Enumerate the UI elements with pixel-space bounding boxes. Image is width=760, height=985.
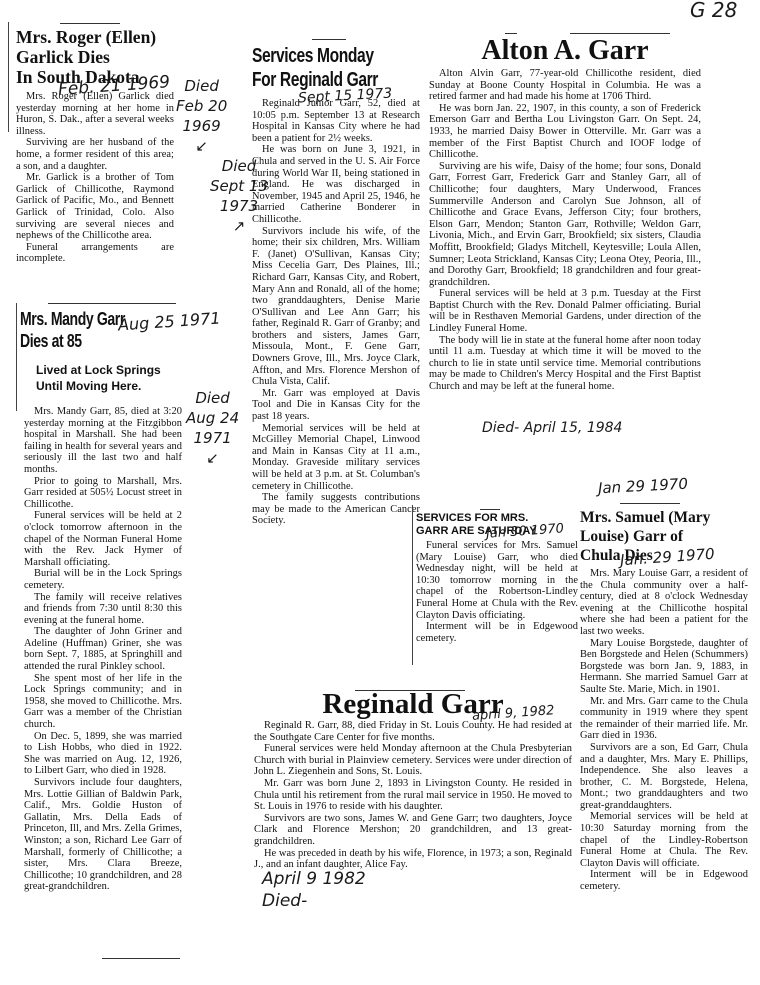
paragraph: Mrs. Mandy Garr, 85, died at 3:20 yester… xyxy=(24,406,182,476)
divider xyxy=(48,303,176,304)
arrow-left-icon: ↙ xyxy=(186,448,239,468)
paragraph: Funeral services for Mrs. Samuel (Mary L… xyxy=(416,540,578,621)
paragraph: Reginald Junior Garr, 52, died at 10:05 … xyxy=(252,98,420,144)
paragraph: Funeral arrangements are incomplete. xyxy=(16,242,174,265)
clip-border xyxy=(8,22,9,132)
paragraph: She spent most of her life in the Lock S… xyxy=(24,673,182,731)
paragraph: Mr. and Mrs. Garr came to the Chula comm… xyxy=(580,696,748,742)
clipping-garlick: Mrs. Roger (Ellen) Garlick Dies In South… xyxy=(16,27,174,265)
handwritten-note: April 9 1982 Died- xyxy=(262,868,366,912)
handwritten-note: Died- April 15, 1984 xyxy=(482,420,622,436)
paragraph: Survivors include four daughters, Mrs. L… xyxy=(24,777,182,893)
subheadline: Lived at Lock Springs Until Moving Here. xyxy=(20,362,182,394)
margin-note: Died Feb 20 1969 ↙ xyxy=(176,76,227,156)
paragraph: Funeral services will be held at 2 o'clo… xyxy=(24,510,182,568)
paragraph: Mr. Garlick is a brother of Tom Garlick … xyxy=(16,172,174,242)
arrow-left-icon: ↙ xyxy=(176,136,227,156)
headline: Services Monday For Reginald Garr xyxy=(252,44,424,92)
paragraph: Surviving are his wife, Daisy of the hom… xyxy=(429,161,701,289)
handwritten-date-top: Jan 29 1970 xyxy=(598,475,689,498)
clip-border xyxy=(16,303,17,411)
divider xyxy=(102,958,180,959)
paragraph: The family suggests contributions may be… xyxy=(252,492,420,527)
paragraph: Burial will be in the Lock Springs cemet… xyxy=(24,568,182,591)
paragraph: The family will receive relatives and fr… xyxy=(24,592,182,627)
divider xyxy=(312,39,346,40)
paragraph: Alton Alvin Garr, 77-year-old Chillicoth… xyxy=(429,68,701,103)
paragraph: Survivors include his wife, of the home;… xyxy=(252,226,420,388)
paragraph: Memorial services will be held at 10:30 … xyxy=(580,811,748,869)
clipping-alton-garr: Alton A. Garr Alton Alvin Garr, 77-year-… xyxy=(429,36,701,393)
paragraph: Memorial services will be held at McGill… xyxy=(252,423,420,493)
paragraph: Reginald R. Garr, 88, died Friday in St.… xyxy=(254,720,572,743)
paragraph: Funeral services were held Monday aftern… xyxy=(254,743,572,778)
paragraph: Survivors are two sons, James W. and Gen… xyxy=(254,813,572,848)
paragraph: Surviving are her husband of the home, a… xyxy=(16,137,174,172)
headline: Alton A. Garr xyxy=(429,36,701,66)
paragraph: On Dec. 5, 1899, she was married to Lish… xyxy=(24,731,182,777)
clip-border xyxy=(412,505,413,665)
margin-note: Died Aug 24 1971 ↙ xyxy=(186,388,239,468)
divider xyxy=(620,503,680,504)
paragraph: He was born Jan. 22, 1907, in this count… xyxy=(429,103,701,161)
clipping-reginald-junior-garr: Services Monday For Reginald Garr Regina… xyxy=(252,44,420,527)
paragraph: Interment will be in Edgewood cemetery. xyxy=(580,869,748,892)
divider xyxy=(505,33,517,34)
paragraph: Mrs. Mary Louise Garr, a resident of the… xyxy=(580,568,748,638)
page-annotation: G 28 xyxy=(690,0,737,22)
paragraph: Mrs. Roger (Ellen) Garlick died yesterda… xyxy=(16,91,174,137)
clipping-mandy-garr: Mrs. Mandy Garr Dies at 85 Lived at Lock… xyxy=(20,308,182,893)
paragraph: Survivors are a son, Ed Garr, Chula and … xyxy=(580,742,748,812)
paragraph: He was born on June 3, 1921, in Chula an… xyxy=(252,144,420,225)
paragraph: Prior to going to Marshall, Mrs. Garr re… xyxy=(24,476,182,511)
paragraph: Mary Louise Borgstede, daughter of Ben B… xyxy=(580,638,748,696)
divider xyxy=(480,509,500,510)
paragraph: Mr. Garr was born June 2, 1893 in Living… xyxy=(254,778,572,813)
paragraph: The body will lie in state at the funera… xyxy=(429,335,701,393)
paragraph: The daughter of John Griner and Adeline … xyxy=(24,626,182,672)
paragraph: Mr. Garr was employed at Davis Tool and … xyxy=(252,388,420,423)
paragraph: Interment will be in Edgewood cemetery. xyxy=(416,621,578,644)
paragraph: Funeral services will be held at 3 p.m. … xyxy=(429,288,701,334)
divider xyxy=(60,23,120,24)
divider xyxy=(570,33,670,34)
